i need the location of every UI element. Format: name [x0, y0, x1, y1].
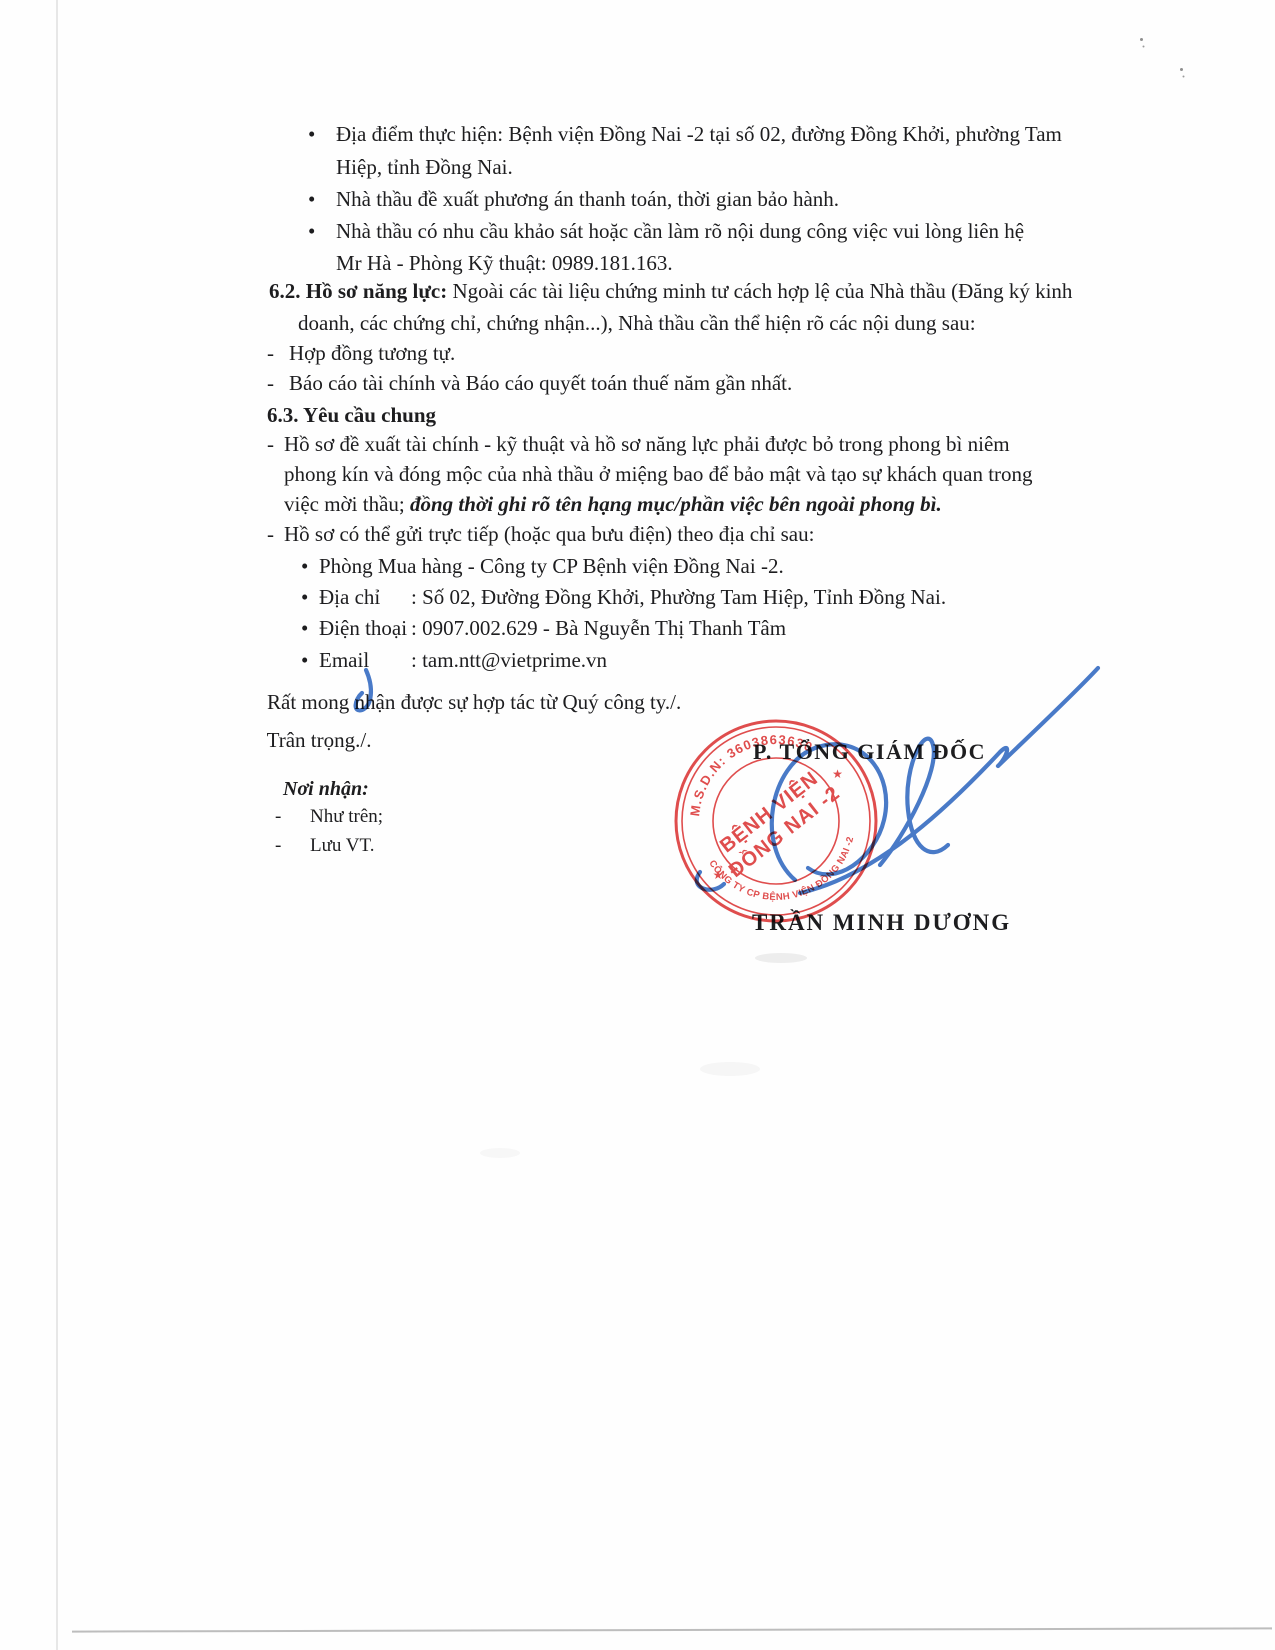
scan-smudge — [755, 953, 807, 963]
scanned-document-page: •Địa điểm thực hiện: Bệnh viện Đồng Nai … — [0, 0, 1275, 1650]
scan-speck — [1140, 38, 1143, 41]
signature-loop-1 — [772, 744, 886, 880]
signature-initial-mark — [356, 670, 371, 710]
scan-edge-line-bottom — [72, 1627, 1272, 1632]
scan-smudge — [700, 1062, 760, 1076]
signature-flourish — [800, 668, 1098, 893]
dash-icon: - — [275, 831, 310, 860]
handwritten-signature — [330, 640, 1120, 920]
scan-speck — [1180, 68, 1183, 71]
signature-loop-2 — [880, 739, 948, 865]
scan-smudge — [480, 1148, 520, 1158]
scan-edge-line-left — [56, 0, 58, 1650]
signature-curl — [697, 872, 724, 890]
